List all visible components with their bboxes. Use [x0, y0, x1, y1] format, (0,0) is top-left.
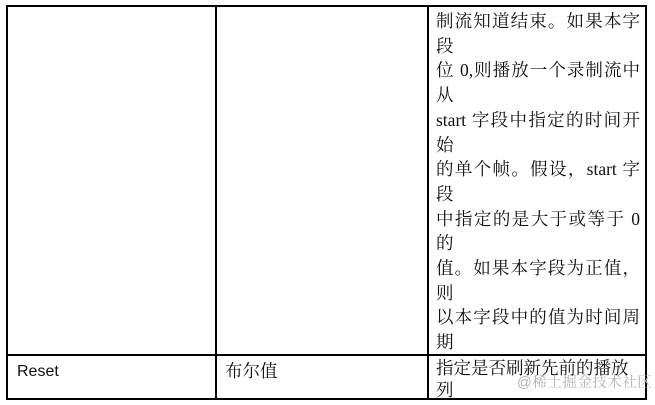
table-cell-row1-type — [217, 7, 429, 356]
table-cell-row1-name — [8, 7, 217, 356]
table-cell-row1-description: 制流知道结束。如果本字段 位 0,则播放一个录制流中从 start 字段中指定的… — [429, 7, 645, 356]
document-page: 制流知道结束。如果本字段 位 0,则播放一个录制流中从 start 字段中指定的… — [0, 0, 655, 405]
table-cell-row2-name: Reset — [8, 356, 217, 398]
table-cell-row2-description: 指定是否刷新先前的播放列 表的 BOOL 值或数值。 — [429, 356, 645, 398]
table-cell-row2-type: 布尔值 — [217, 356, 429, 398]
parameters-table: 制流知道结束。如果本字段 位 0,则播放一个录制流中从 start 字段中指定的… — [6, 5, 647, 400]
